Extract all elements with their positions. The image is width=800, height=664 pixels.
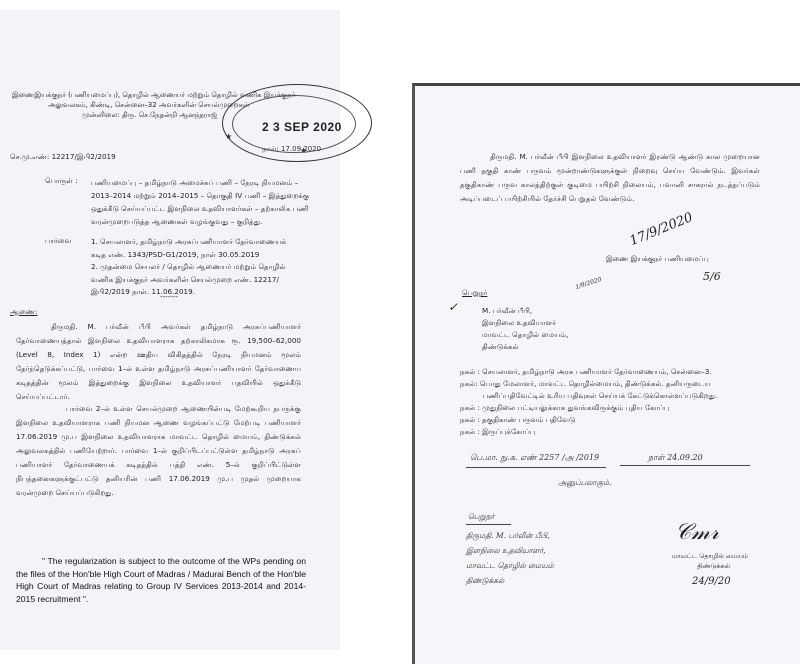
handwritten-to-label: பெறுநர் [468, 512, 494, 522]
star-icon: ★ [225, 132, 232, 141]
copy-line: நகல் : முதுநிலை பட்டியலுக்காக துவங்கவிரு… [460, 403, 669, 413]
separator: ------- [160, 292, 178, 302]
order-heading: ஆணை: [10, 307, 37, 317]
stamp-sub-date: நாள்: 17.09.2020 [262, 145, 321, 154]
handwritten-to-line: திருமதி. M. பர்வீன் பீபி, [466, 531, 550, 541]
subject-label: பொருள் : [45, 176, 78, 186]
recipient-line: இளநிலை உதவியாளர் [482, 318, 556, 328]
handwritten-to-line: இளநிலை உதவியாளர், [466, 546, 546, 556]
underline [620, 465, 750, 466]
subject-text: பணியமைப்பு – தமிழ்நாடு அமைச்சுப் பணி – ந… [91, 176, 321, 228]
order-paragraph-2: பார்வை 2–ல் உள்ள செயல்முறை ஆணையின்படி மே… [16, 402, 301, 500]
underline [466, 524, 511, 525]
handwritten-to-line: மாவட்ட தொழில் மையம் [466, 561, 554, 571]
english-note: " The regularization is subject to the o… [16, 555, 306, 605]
reference-2: 2. முதன்மை செயலர் / தொழில் ஆணையர் மற்றும… [91, 261, 291, 299]
underline [466, 467, 606, 468]
reference-1: 1. செயலாளர், தமிழ்நாடு அரசுப்பணியாளர் தே… [91, 236, 291, 261]
handwritten-to-line: திண்டுக்கல் [466, 576, 504, 586]
order-paragraph-1: திருமதி. M. பர்வீன் பீபி அவர்கள் தமிழ்நா… [16, 320, 301, 404]
header-line-2: அலுவலகம், கிண்டி, சென்னை–32 அவர்களின் செ… [48, 100, 249, 110]
recipient-label: பெறுநர் [462, 288, 487, 298]
general-manager-signature: 𝒞𝓂𝓇 [675, 520, 719, 545]
recipient-line: M. பர்வீன் பீபி, [482, 306, 532, 316]
recipient-line: மாவட்ட தொழில் மையம், [482, 330, 568, 340]
signatory-title: இணை இயக்குநர் பணியமைப்பு [606, 254, 709, 264]
handwritten-reference: பெ.மா. நு.க. எண் 2257 /அ /2019 [470, 453, 599, 463]
recipient-line: திண்டுக்கல் [482, 342, 519, 352]
copy-line: நகல் : தகுதிகாண் பருவம் பதிவேடு [460, 415, 575, 425]
handwritten-date: நாள் 24.09.20 [648, 453, 703, 463]
gm-title-line-1: மாவட்ட தொழில் மையம் [672, 551, 748, 561]
copy-line: பணிப்பதிவேட்டில் உரிய பதிவுகள் செய்யக் க… [460, 391, 717, 401]
tick-mark-icon: ✓ [448, 300, 458, 314]
stamp-date: 2 3 SEP 2020 [262, 120, 342, 134]
star-icon: ★ [300, 146, 307, 155]
training-paragraph: திருமதி. M. பர்வீன் பீபி இளநிலை உதவியாளர… [460, 150, 760, 206]
references-label: பார்வை [45, 236, 72, 246]
reference-number: செ.மு.எண்: 12217/இபி2/2019 [10, 152, 116, 162]
copy-line: நகல்: பொது மேலாளர், மாவட்ட தொழில்மையம், … [460, 379, 711, 389]
gm-signed-date: 24/9/20 [692, 576, 731, 587]
gm-title-line-2: திண்டுக்கல் [697, 561, 730, 571]
handwritten-forward-note: அனுப்பலாகும். [558, 478, 611, 488]
copy-line: நகல் : இருப்புக்கோப்பு [460, 427, 535, 437]
copy-line: நகல் : செயலாளர், தமிழ்நாடு அரசு பணியாளர்… [460, 367, 712, 377]
page-mark: 5/6 [703, 270, 721, 283]
header-line-3: முன்னிலை: திரு. செ.நேதன்றி ஆனந்தராஜ் [82, 110, 217, 120]
